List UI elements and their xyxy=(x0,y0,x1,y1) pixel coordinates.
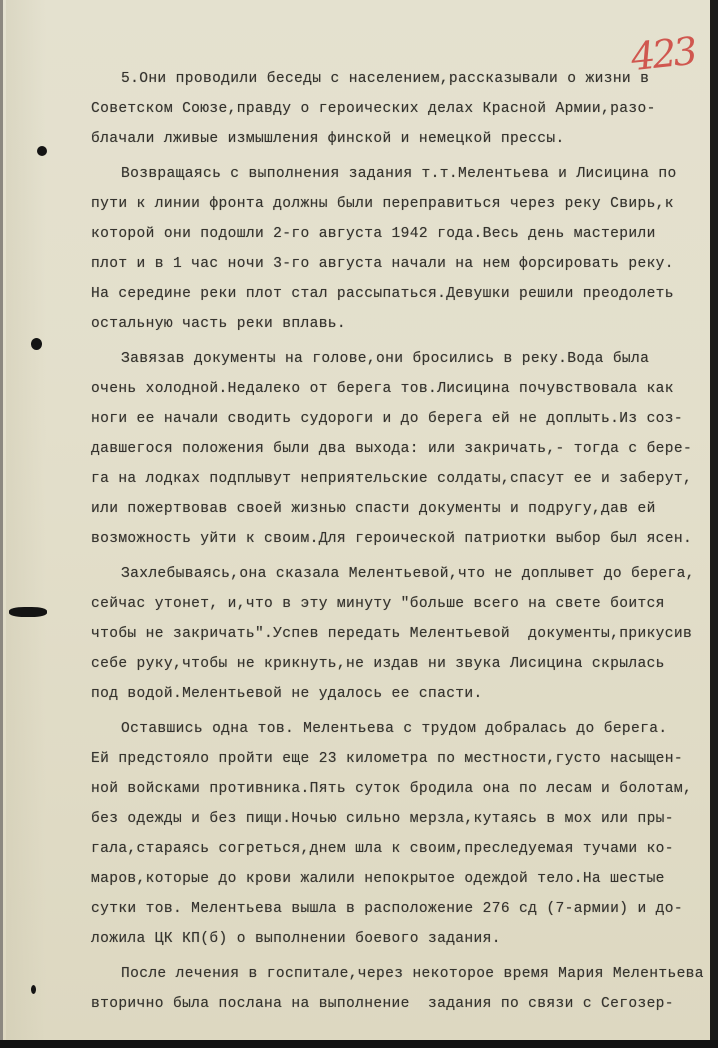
text-line: Возвращаясь с выполнения задания т.т.Мел… xyxy=(91,159,691,189)
text-line: себе руку,чтобы не крикнуть,не издав ни … xyxy=(91,649,691,679)
paragraph: 5.Они проводили беседы с населением,расс… xyxy=(91,64,691,154)
binding-hole-3 xyxy=(9,607,47,617)
text-line: маров,которые до крови жалили непокрытое… xyxy=(91,864,691,894)
text-line: 5.Они проводили беседы с населением,расс… xyxy=(91,64,691,94)
text-line: под водой.Мелентьевой не удалось ее спас… xyxy=(91,679,691,709)
text-line: Захлебываясь,она сказала Мелентьевой,что… xyxy=(91,559,691,589)
paragraph: После лечения в госпитале,через некоторо… xyxy=(91,959,691,1019)
text-line: Завязав документы на голове,они бросилис… xyxy=(91,344,691,374)
typewritten-text: 5.Они проводили беседы с населением,расс… xyxy=(91,64,691,1019)
text-line: ноги ее начали сводить судороги и до бер… xyxy=(91,404,691,434)
text-line: Оставшись одна тов. Мелентьева с трудом … xyxy=(91,714,691,744)
text-line: сутки тов. Мелентьева вышла в расположен… xyxy=(91,894,691,924)
text-line: блачали лживые измышления финской и неме… xyxy=(91,124,691,154)
text-line: Советском Союзе,правду о героических дел… xyxy=(91,94,691,124)
paragraph: Завязав документы на голове,они бросилис… xyxy=(91,344,691,554)
text-line: давшегося положения были два выхода: или… xyxy=(91,434,691,464)
paragraph: Возвращаясь с выполнения задания т.т.Мел… xyxy=(91,159,691,339)
paragraph: Захлебываясь,она сказала Мелентьевой,что… xyxy=(91,559,691,709)
binding-hole-1 xyxy=(37,146,47,156)
text-line: ной войсками противника.Пять суток броди… xyxy=(91,774,691,804)
text-line: плот и в 1 час ночи 3-го августа начали … xyxy=(91,249,691,279)
text-line: гала,стараясь согреться,днем шла к своим… xyxy=(91,834,691,864)
text-line: чтобы не закричать".Успев передать Мелен… xyxy=(91,619,691,649)
text-line: очень холодной.Недалеко от берега тов.Ли… xyxy=(91,374,691,404)
binding-hole-2 xyxy=(31,338,42,350)
text-line: На середине реки плот стал рассыпаться.Д… xyxy=(91,279,691,309)
text-line: без одежды и без пищи.Ночью сильно мерзл… xyxy=(91,804,691,834)
paragraph: Оставшись одна тов. Мелентьева с трудом … xyxy=(91,714,691,954)
text-line: После лечения в госпитале,через некоторо… xyxy=(91,959,691,989)
text-line: га на лодках подплывут неприятельские со… xyxy=(91,464,691,494)
scan-bottom-edge xyxy=(0,1040,718,1048)
document-page: 423 5.Они проводили беседы с населением,… xyxy=(0,0,714,1040)
text-line: пути к линии фронта должны были переправ… xyxy=(91,189,691,219)
margin-shading xyxy=(6,0,46,1040)
text-line: которой они подошли 2-го августа 1942 го… xyxy=(91,219,691,249)
text-line: вторично была послана на выполнение зада… xyxy=(91,989,691,1019)
text-line: сейчас утонет, и,что в эту минуту "больш… xyxy=(91,589,691,619)
binding-hole-4 xyxy=(31,985,36,994)
text-line: Ей предстояло пройти еще 23 километра по… xyxy=(91,744,691,774)
text-line: или пожертвовав своей жизнью спасти доку… xyxy=(91,494,691,524)
text-line: остальную часть реки вплавь. xyxy=(91,309,691,339)
text-line: ложила ЦК КП(б) о выполнении боевого зад… xyxy=(91,924,691,954)
text-line: возможность уйти к своим.Для героической… xyxy=(91,524,691,554)
